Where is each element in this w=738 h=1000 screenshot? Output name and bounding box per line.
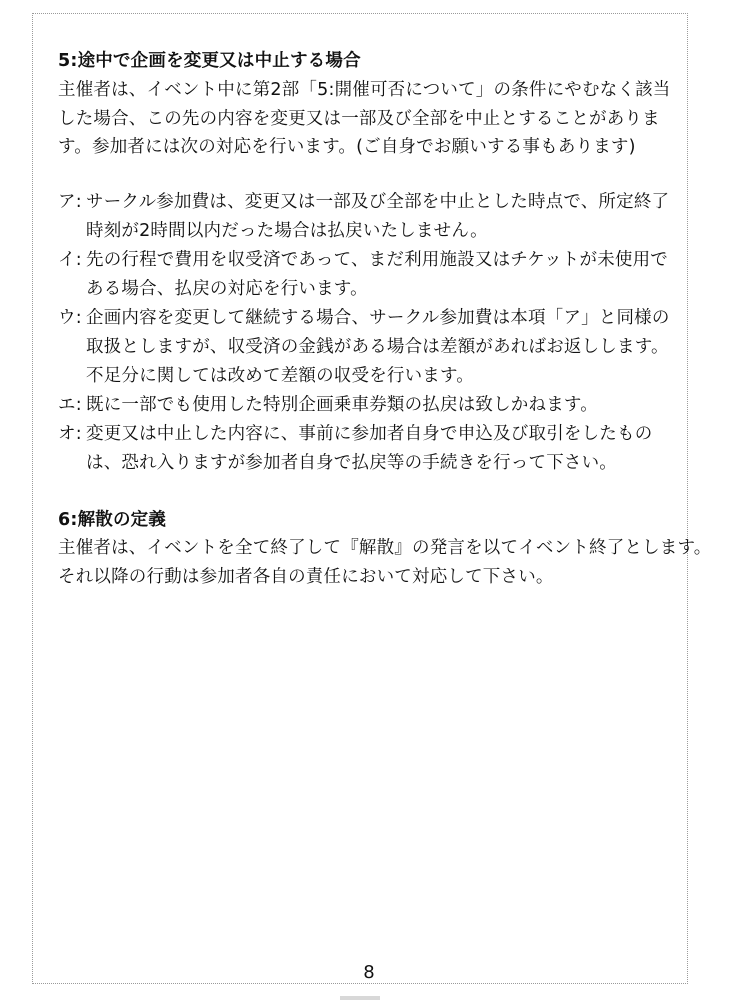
list-item-a-continuation: 時刻が2時間以内だった場合は払戻いたしません。 xyxy=(86,217,488,246)
list-item-e: エ:既に一部でも使用した特別企画乗車券類の払戻は致しかねます。 xyxy=(58,391,598,420)
list-marker: オ: xyxy=(58,420,86,449)
list-item-u: ウ:企画内容を変更して継続する場合、サークル参加費は本項「ア」と同様の xyxy=(58,304,670,333)
page-number: 8 xyxy=(0,962,738,984)
section-5-body-line-1: 主催者は、イベント中に第2部「5:開催可否について」の条件にやむなく該当 xyxy=(58,76,671,105)
list-item-text: 企画内容を変更して継続する場合、サークル参加費は本項「ア」と同様の xyxy=(86,308,670,328)
section-5-heading: 5:途中で企画を変更又は中止する場合 xyxy=(58,47,361,76)
list-marker: ア: xyxy=(58,188,86,217)
section-5-body-line-3: す。参加者には次の対応を行います。(ご自身でお願いする事もあります) xyxy=(58,133,636,162)
section-6-heading: 6:解散の定義 xyxy=(58,506,166,535)
page-tab-marker xyxy=(340,996,380,1000)
list-item-o: オ:変更又は中止した内容に、事前に参加者自身で申込及び取引をしたもの xyxy=(58,420,652,449)
list-item-i: イ:先の行程で費用を収受済であって、まだ利用施設又はチケットが未使用で xyxy=(58,246,668,275)
list-item-o-continuation: は、恐れ入りますが参加者自身で払戻等の手続きを行って下さい。 xyxy=(86,449,617,478)
list-item-i-continuation: ある場合、払戻の対応を行います。 xyxy=(86,275,368,304)
list-marker: エ: xyxy=(58,391,86,420)
list-item-text: 変更又は中止した内容に、事前に参加者自身で申込及び取引をしたもの xyxy=(86,424,652,444)
list-item-text: サークル参加費は、変更又は一部及び全部を中止とした時点で、所定終了 xyxy=(86,192,669,212)
list-item-text: 既に一部でも使用した特別企画乗車券類の払戻は致しかねます。 xyxy=(86,395,598,415)
list-marker: イ: xyxy=(58,246,86,275)
list-item-u-continuation-1: 取扱としますが、収受済の金銭がある場合は差額があればお返しします。 xyxy=(86,333,669,362)
list-item-u-continuation-2: 不足分に関しては改めて差額の収受を行います。 xyxy=(86,362,474,391)
list-item-a: ア:サークル参加費は、変更又は一部及び全部を中止とした時点で、所定終了 xyxy=(58,188,669,217)
list-marker: ウ: xyxy=(58,304,86,333)
section-6-body-line-1: 主催者は、イベントを全て終了して『解散』の発言を以てイベント終了とします。 xyxy=(58,534,712,563)
list-item-text: 先の行程で費用を収受済であって、まだ利用施設又はチケットが未使用で xyxy=(86,250,668,270)
section-6-body-line-2: それ以降の行動は参加者各自の責任において対応して下さい。 xyxy=(58,563,554,592)
section-5-body-line-2: した場合、この先の内容を変更又は一部及び全部を中止とすることがありま xyxy=(58,105,660,134)
